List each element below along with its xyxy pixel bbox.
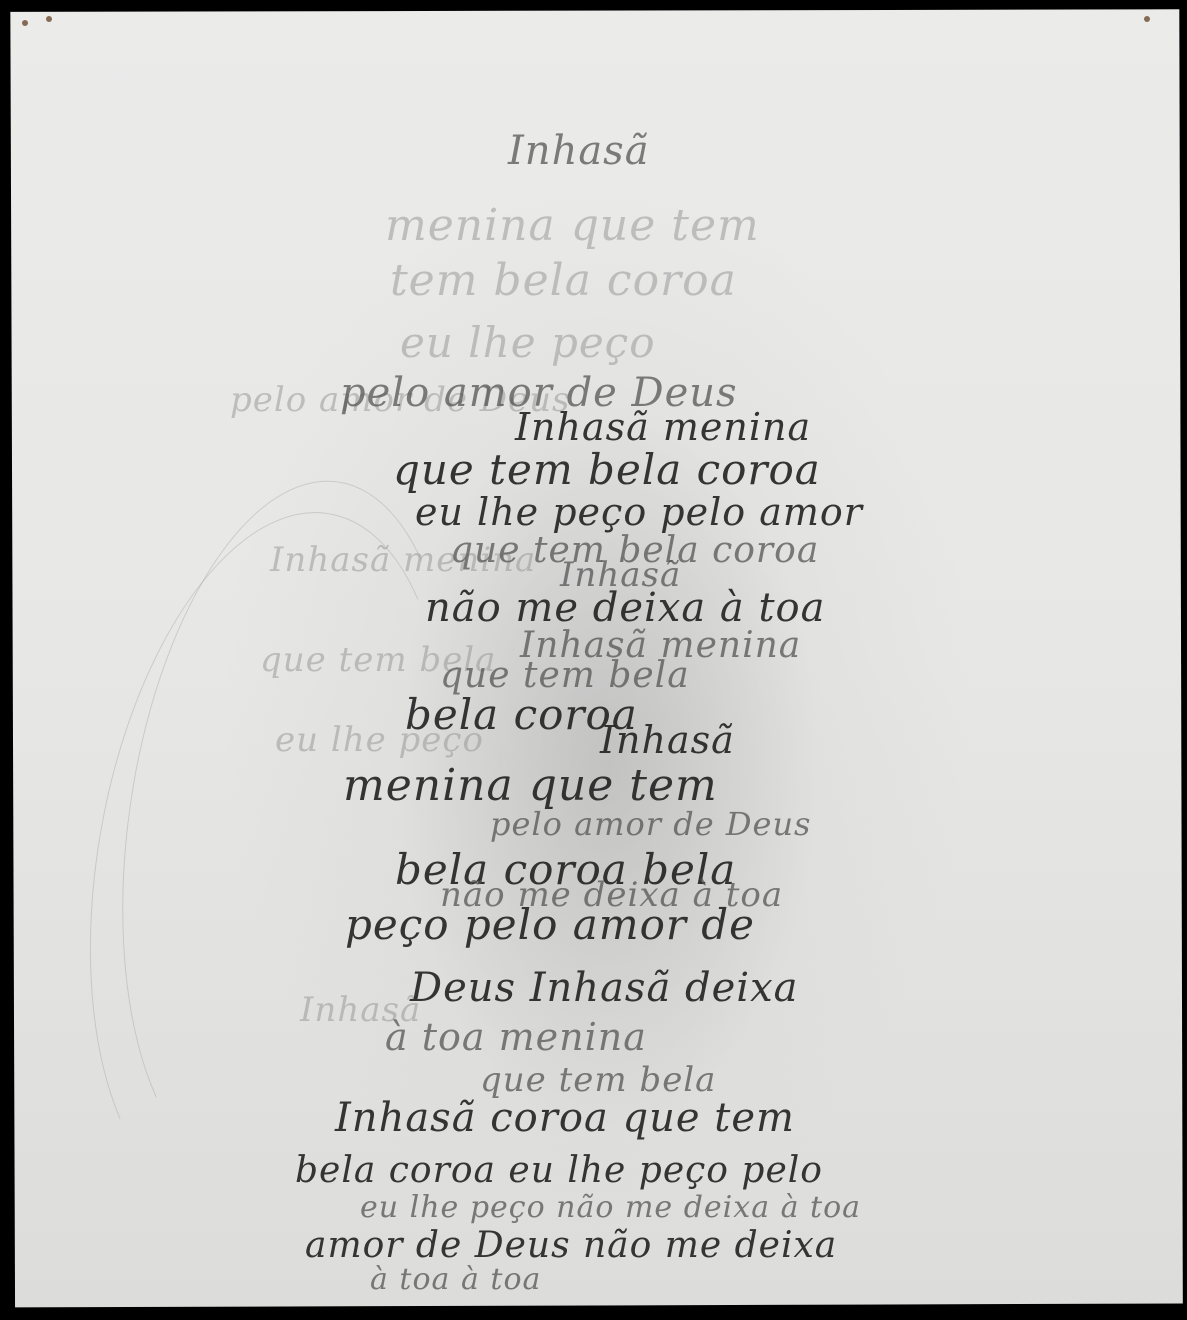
handwritten-line: Deus Inhasã deixa <box>410 965 798 1011</box>
rust-spot <box>22 20 28 26</box>
handwritten-line: bela coroa eu lhe peço pelo <box>295 1150 823 1191</box>
handwritten-line: Inhasã menina <box>515 405 811 449</box>
handwritten-line: amor de Deus não me deixa <box>305 1225 837 1266</box>
handwritten-line: que tem bela <box>480 1060 716 1100</box>
handwritten-line: peço pelo amor de <box>345 900 755 949</box>
rust-spot <box>46 16 52 22</box>
handwritten-line: eu lhe peço <box>400 318 656 367</box>
artwork-paper: pelo amor de DeusInhasã meninaque tem be… <box>8 8 1184 1310</box>
handwritten-line: menina que tem <box>385 200 760 251</box>
handwritten-line: tem bela coroa <box>390 255 737 306</box>
handwritten-line: que tem bela coroa <box>393 445 821 494</box>
handwritten-line: Inhasã coroa que tem <box>335 1095 795 1141</box>
handwritten-line: à toa menina <box>385 1015 647 1059</box>
rust-spot <box>1144 16 1150 22</box>
handwritten-line: Inhasã <box>508 128 650 174</box>
handwritten-line: à toa à toa <box>370 1262 541 1297</box>
handwritten-line: eu lhe peço não me deixa à toa <box>360 1190 861 1225</box>
handwritten-line: eu lhe peço pelo amor <box>415 490 863 534</box>
handwritten-line: Inhasã <box>600 718 735 762</box>
handwritten-line: menina que tem <box>343 760 718 811</box>
handwritten-line: pelo amor de Deus <box>490 805 811 843</box>
